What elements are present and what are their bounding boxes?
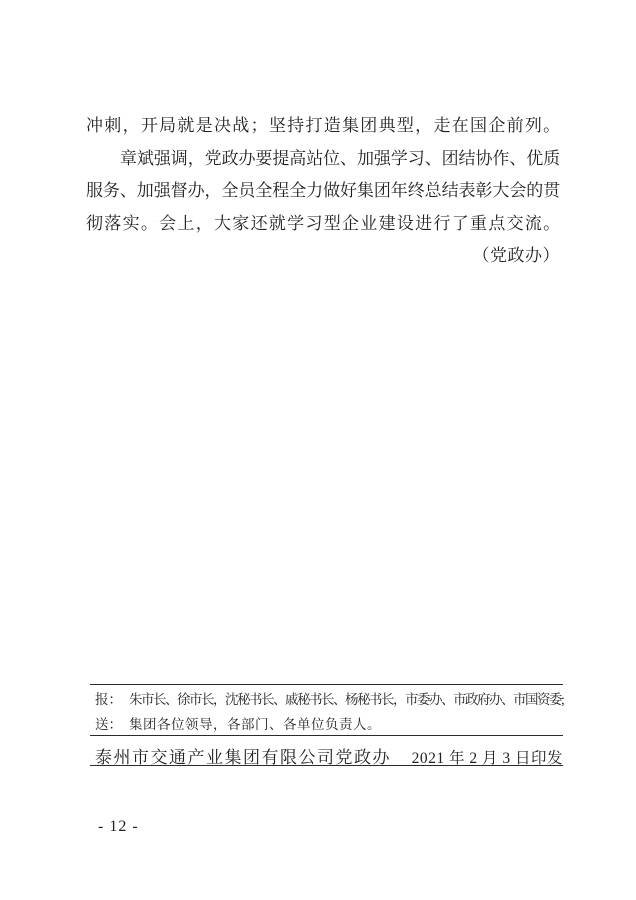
page-number: - 12 - — [98, 818, 139, 836]
document-page: 冲刺，开局就是决战；坚持打造集团典型，走在国企前列。 章斌强调，党政办要提高站位… — [0, 0, 636, 900]
footer-rule-middle — [90, 735, 563, 736]
body-line: 彻落实。会上，大家还就学习型企业建设进行了重点交流。 — [86, 208, 560, 241]
body-line: 冲刺，开局就是决战；坚持打造集团典型，走在国企前列。 — [86, 110, 560, 143]
footer-rule-bottom — [90, 765, 563, 766]
copy-to-line: 送： 集团各位领导，各部门、各单位负责人。 — [95, 716, 381, 733]
body-line: 服务、加强督办，全员全程全力做好集团年终总结表彰大会的贯 — [86, 175, 560, 208]
report-to-recipients: 朱市长、徐市长，沈秘书长、戚秘书长、杨秘书长，市委办、市政府办、市国资委; — [129, 691, 563, 708]
report-to-line: 报： 朱市长、徐市长，沈秘书长、戚秘书长、杨秘书长，市委办、市政府办、市国资委; — [95, 691, 563, 708]
report-to-label: 报： — [95, 691, 122, 708]
body-line: 章斌强调，党政办要提高站位、加强学习、团结协作、优质 — [86, 143, 560, 176]
copy-to-label: 送： — [95, 716, 122, 733]
footer-rule-top — [90, 684, 563, 685]
signature-attribution: （党政办） — [86, 240, 560, 273]
copy-to-recipients: 集团各位领导，各部门、各单位负责人。 — [129, 716, 381, 733]
body-text-block: 冲刺，开局就是决战；坚持打造集团典型，走在国企前列。 章斌强调，党政办要提高站位… — [86, 110, 560, 273]
